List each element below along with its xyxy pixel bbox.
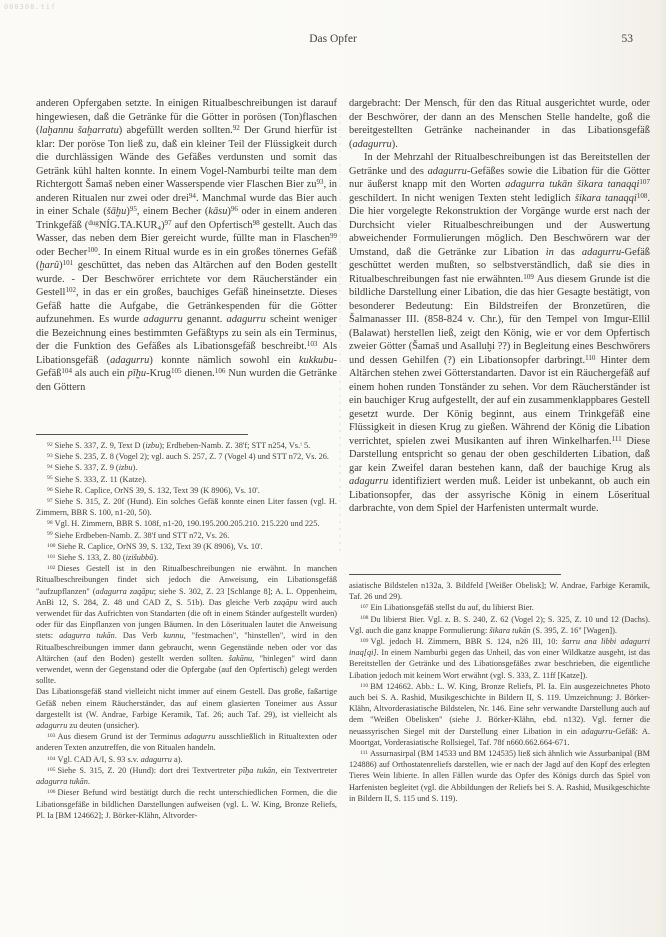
- footnote-number: 96: [47, 487, 53, 493]
- footnote-text: Siehe S. 315, Z. 20f (Hund). Ein solches…: [36, 497, 337, 517]
- paragraph: dargebracht: Der Mensch, für den das Rit…: [349, 97, 650, 151]
- footnote: 98Vgl. H. Zimmern, BBR S. 108f, n1-20, 1…: [36, 518, 337, 529]
- footnote: 97Siehe S. 315, Z. 20f (Hund). Ein solch…: [36, 496, 337, 518]
- paragraph: In der Mehrzahl der Ritualbeschreibungen…: [349, 151, 650, 516]
- footnote: 95Siehe S. 333, Z. 11 (Katze).: [36, 474, 337, 485]
- footnote-text: Assurnasirpal (BM 14533 und BM 124535) l…: [349, 749, 650, 803]
- footnote: 105Siehe S. 315, Z. 20 (Hund): dort drei…: [36, 765, 337, 787]
- right-footnote-list: asiatische Bildstelen n132a, 3. Bildfeld…: [349, 580, 650, 804]
- footnote: 110BM 124662. Abb.: L. W. King, Bronze R…: [349, 681, 650, 748]
- footnote-number: 105: [47, 767, 55, 773]
- footnote-number: 109: [360, 638, 368, 644]
- right-footnote-section: asiatische Bildstelen n132a, 3. Bildfeld…: [349, 574, 650, 914]
- footnote-text: Vgl. CAD A/I, S. 93 s.v. adagurru a).: [57, 755, 182, 764]
- footnote: 92Siehe S. 337, Z. 9, Text D (izbu); Erd…: [36, 440, 337, 451]
- footnote-number: 104: [47, 756, 55, 762]
- footnote-text: Siehe S. 133, Z. 80 (izišubbû).: [57, 553, 158, 562]
- footnote-text: asiatische Bildstelen n132a, 3. Bildfeld…: [349, 581, 650, 601]
- footnote-text: Ein Libationsgefäß stellst du auf, du li…: [370, 603, 533, 612]
- footnote: 99Siehe Erdbeben-Namb. Z. 38'f und STT n…: [36, 530, 337, 541]
- footnote-number: 108: [360, 615, 368, 621]
- footnote-number: 103: [47, 733, 55, 739]
- footnote: 109Vgl. jedoch H. Zimmern, BBR S. 124, n…: [349, 636, 650, 681]
- footnote-text: Dieser Befund wird bestätigt durch die r…: [36, 788, 337, 819]
- footnote: 107Ein Libationsgefäß stellst du auf, du…: [349, 602, 650, 613]
- footnote-number: 100: [47, 543, 55, 549]
- left-footnote-section: 92Siehe S. 337, Z. 9, Text D (izbu); Erd…: [36, 434, 337, 902]
- footnote: asiatische Bildstelen n132a, 3. Bildfeld…: [349, 580, 650, 602]
- left-column-text: anderen Opfergaben setzte. In einigen Ri…: [36, 97, 337, 431]
- footnote-number: 101: [47, 554, 55, 560]
- footnote-text: Du libierst Bier. Vgl. z. B. S. 240, Z. …: [349, 615, 650, 635]
- footnote-text: Siehe R. Caplice, OrNS 39, S. 132, Text …: [57, 542, 262, 551]
- footnote: 93Siehe S. 235, Z. 8 (Vogel 2); vgl. auc…: [36, 451, 337, 462]
- footnote-rule: [36, 434, 248, 435]
- footnote-number: 102: [47, 565, 55, 571]
- footnote: 96Siehe R. Caplice, OrNS 39, S. 132, Tex…: [36, 485, 337, 496]
- footnote-number: 97: [47, 498, 53, 504]
- footnote: 94Siehe S. 337, Z. 9 (izbu).: [36, 462, 337, 473]
- running-header-title: Das Opfer: [0, 33, 666, 45]
- footnote: Das Libationsgefäß stand vielleicht nich…: [36, 686, 337, 731]
- footnote: 101Siehe S. 133, Z. 80 (izišubbû).: [36, 552, 337, 563]
- footnote-text: Siehe S. 337, Z. 9 (izbu).: [55, 463, 138, 472]
- footnote-text: Siehe S. 235, Z. 8 (Vogel 2); vgl. auch …: [55, 452, 329, 461]
- document-page: 000308.tif Das Opfer 53 anderen Opfergab…: [0, 0, 666, 937]
- footnote-text: Vgl. jedoch H. Zimmern, BBR S. 124, n26 …: [349, 637, 650, 680]
- footnote-number: 93: [47, 453, 53, 459]
- scan-watermark: 000308.tif: [4, 3, 56, 11]
- footnote: 108Du libierst Bier. Vgl. z. B. S. 240, …: [349, 614, 650, 636]
- footnote-number: 99: [47, 531, 53, 537]
- footnote-text: Siehe S. 315, Z. 20 (Hund): dort drei Te…: [36, 766, 337, 786]
- footnote-number: 95: [47, 475, 53, 481]
- footnote-text: Vgl. H. Zimmern, BBR S. 108f, n1-20, 190…: [55, 519, 320, 528]
- footnote-text: Aus diesem Grund ist der Terminus adagur…: [36, 732, 337, 752]
- footnote-number: 106: [47, 789, 55, 795]
- footnote: 103Aus diesem Grund ist der Terminus ada…: [36, 731, 337, 753]
- footnote: 100Siehe R. Caplice, OrNS 39, S. 132, Te…: [36, 541, 337, 552]
- running-header: Das Opfer 53: [0, 33, 666, 49]
- footnote-number: 92: [47, 442, 53, 448]
- footnote-number: 98: [47, 520, 53, 526]
- left-footnote-list: 92Siehe S. 337, Z. 9, Text D (izbu); Erd…: [36, 440, 337, 821]
- footnote-text: Siehe S. 337, Z. 9, Text D (izbu); Erdbe…: [55, 441, 311, 450]
- right-column-text: dargebracht: Der Mensch, für den das Rit…: [349, 97, 650, 573]
- footnote-number: 111: [360, 750, 368, 756]
- page-number: 53: [622, 33, 634, 45]
- scan-gutter-noise: [339, 115, 341, 555]
- footnote: 104Vgl. CAD A/I, S. 93 s.v. adagurru a).: [36, 754, 337, 765]
- footnote: 111Assurnasirpal (BM 14533 und BM 124535…: [349, 748, 650, 804]
- footnote-rule: [349, 574, 561, 575]
- footnote: 106Dieser Befund wird bestätigt durch di…: [36, 787, 337, 821]
- footnote-text: Siehe S. 333, Z. 11 (Katze).: [55, 475, 147, 484]
- footnote-number: 110: [360, 683, 368, 689]
- footnote-number: 94: [47, 464, 53, 470]
- footnote-text: Siehe Erdbeben-Namb. Z. 38'f und STT n72…: [55, 531, 230, 540]
- footnote-number: 107: [360, 604, 368, 610]
- footnote-text: Siehe R. Caplice, OrNS 39, S. 132, Text …: [55, 486, 260, 495]
- footnote-text: Das Libationsgefäß stand vielleicht nich…: [36, 687, 337, 730]
- footnote-text: Dieses Gestell ist in den Ritualbeschrei…: [36, 564, 337, 685]
- footnote-text: BM 124662. Abb.: L. W. King, Bronze Reli…: [349, 682, 650, 747]
- footnote: 102Dieses Gestell ist in den Ritualbesch…: [36, 563, 337, 686]
